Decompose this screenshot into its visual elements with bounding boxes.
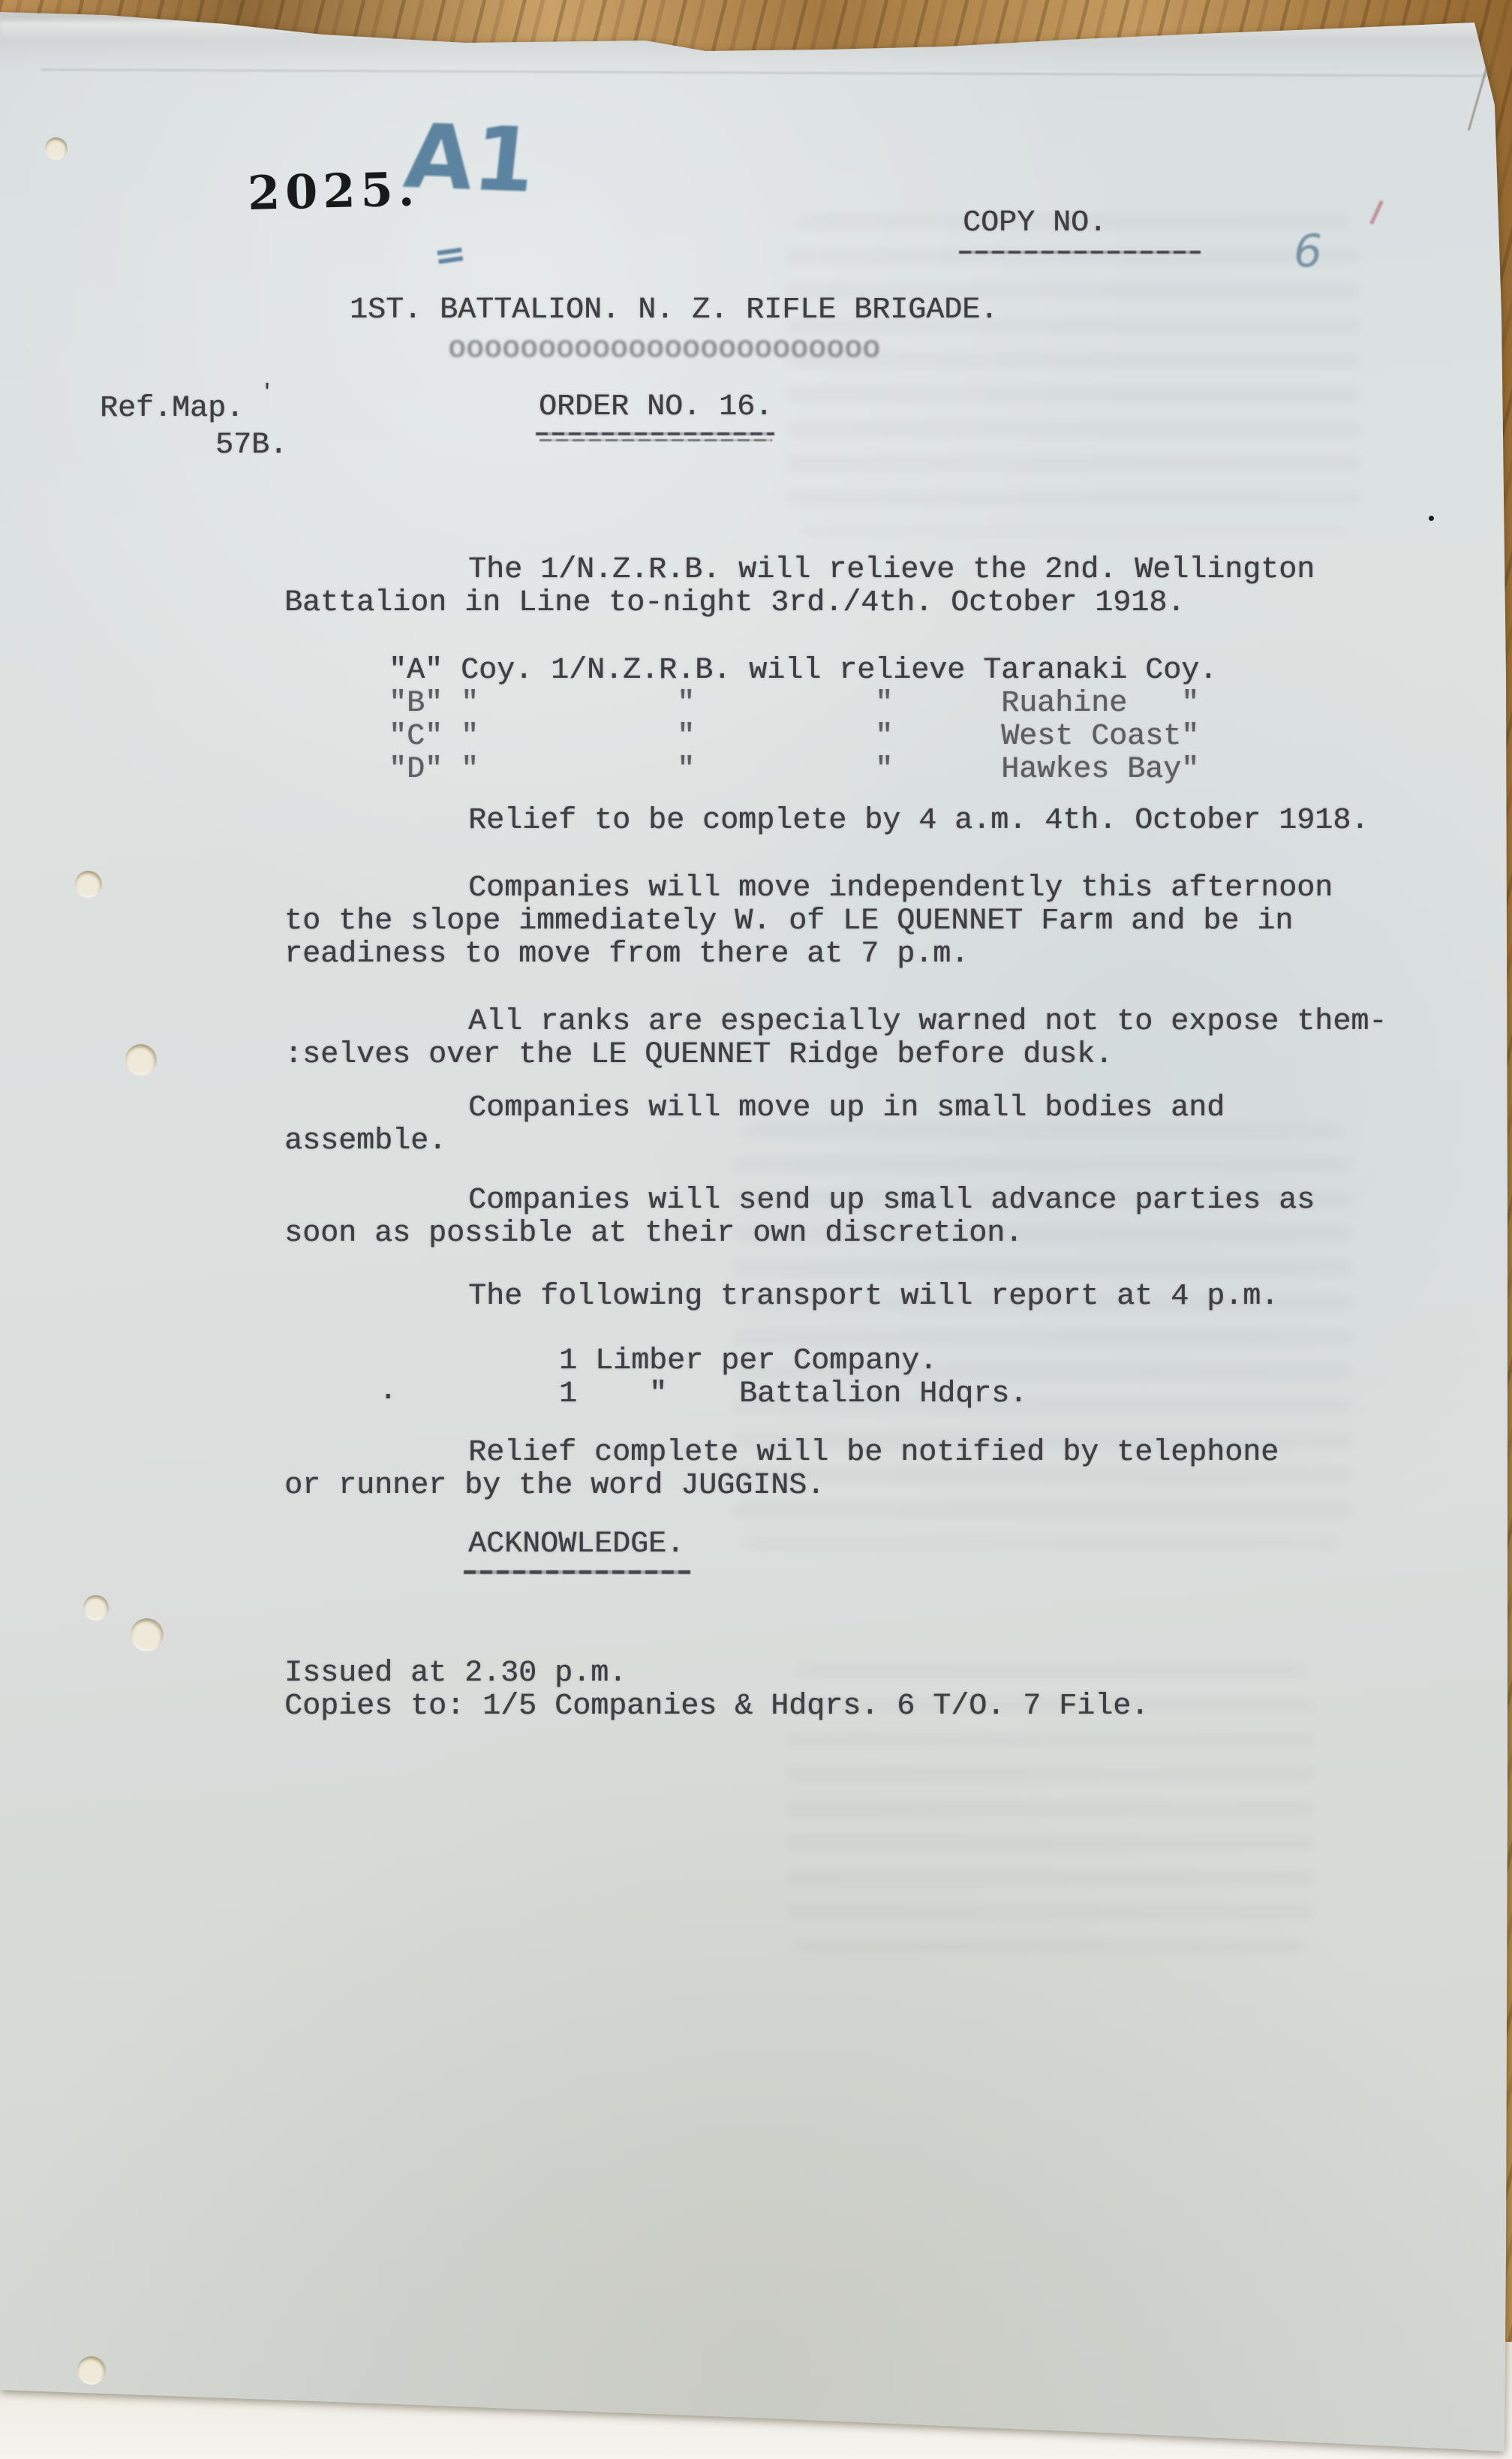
body-line: :selves over the LE QUENNET Ridge before… xyxy=(284,1039,1113,1072)
body-line: Relief to be complete by 4 a.m. 4th. Oct… xyxy=(468,805,1369,838)
title-strike-row: oooooooooooooooooooooooo xyxy=(448,333,880,366)
file-number-stamp: 2025. xyxy=(247,161,420,221)
punch-hole xyxy=(75,871,102,898)
ref-map-value: 57B. xyxy=(215,429,287,462)
copy-no-label: COPY NO. xyxy=(963,207,1107,240)
order-underline-2 xyxy=(540,439,772,441)
copy-no-underline xyxy=(959,251,1201,254)
ink-fleck xyxy=(1429,516,1434,521)
order-heading: ORDER NO. 16. xyxy=(539,391,773,424)
body-line: to the slope immediately W. of LE QUENNE… xyxy=(284,905,1293,938)
document-page-wrap: 2025. A1 = 6 COPY NO. 1ST. BATTALION. N.… xyxy=(0,0,1512,2459)
stray-period: . xyxy=(379,1375,397,1408)
punch-hole xyxy=(125,1044,157,1076)
relief-table-row-a: "A" Coy. 1/N.Z.R.B. will relieve Taranak… xyxy=(389,655,1217,688)
transport-line: 1 " Battalion Hdqrs. xyxy=(559,1378,1027,1411)
issued-line: Issued at 2.30 p.m. xyxy=(284,1657,627,1690)
relief-table-row-c: "C" " " " West Coast" xyxy=(389,721,1199,754)
transport-line: 1 Limber per Company. xyxy=(559,1345,937,1378)
punch-hole xyxy=(77,2356,106,2385)
order-underline-1 xyxy=(536,432,774,435)
body-line: The following transport will report at 4… xyxy=(468,1281,1279,1314)
body-line: Relief complete will be notified by tele… xyxy=(468,1437,1279,1470)
red-pencil-dash xyxy=(1369,200,1384,225)
body-line: soon as possible at their own discretion… xyxy=(284,1217,1023,1251)
acknowledge-underline xyxy=(464,1570,690,1574)
pencil-page-number: 6 xyxy=(1294,225,1322,278)
torn-edge-highlight xyxy=(0,21,1493,41)
page-title: 1ST. BATTALION. N. Z. RIFLE BRIGADE. xyxy=(350,294,998,327)
copies-line: Copies to: 1/5 Companies & Hdqrs. 6 T/O.… xyxy=(284,1690,1149,1723)
pencil-mark-a1: A1 xyxy=(400,104,540,212)
punch-hole xyxy=(83,1595,109,1621)
body-line: The 1/N.Z.R.B. will relieve the 2nd. Wel… xyxy=(468,554,1315,587)
body-line: readiness to move from there at 7 p.m. xyxy=(284,938,969,971)
ref-map-label: Ref.Map. xyxy=(100,393,244,426)
punch-hole xyxy=(45,137,68,160)
body-line: All ranks are especially warned not to e… xyxy=(468,1006,1387,1039)
body-line: assemble. xyxy=(284,1125,446,1158)
stray-accent: ' xyxy=(261,375,273,408)
relief-table-row-d: "D" " " " Hawkes Bay" xyxy=(389,754,1199,787)
scanned-document-photo: 2025. A1 = 6 COPY NO. 1ST. BATTALION. N.… xyxy=(0,0,1512,2459)
body-line: Companies will move independently this a… xyxy=(468,872,1333,905)
bleed-through-smudge xyxy=(788,218,1358,533)
body-line: Companies will send up small advance par… xyxy=(468,1184,1315,1217)
document-page: 2025. A1 = 6 COPY NO. 1ST. BATTALION. N.… xyxy=(0,0,1512,2459)
pencil-mark-underline: = xyxy=(431,230,470,279)
body-line: Battalion in Line to-night 3rd./4th. Oct… xyxy=(284,587,1185,620)
body-line: Companies will move up in small bodies a… xyxy=(468,1092,1225,1125)
acknowledge-heading: ACKNOWLEDGE. xyxy=(468,1528,684,1561)
punch-hole xyxy=(131,1618,164,1651)
relief-table-row-b: "B" " " " Ruahine " xyxy=(389,688,1199,721)
body-line: or runner by the word JUGGINS. xyxy=(284,1470,825,1503)
